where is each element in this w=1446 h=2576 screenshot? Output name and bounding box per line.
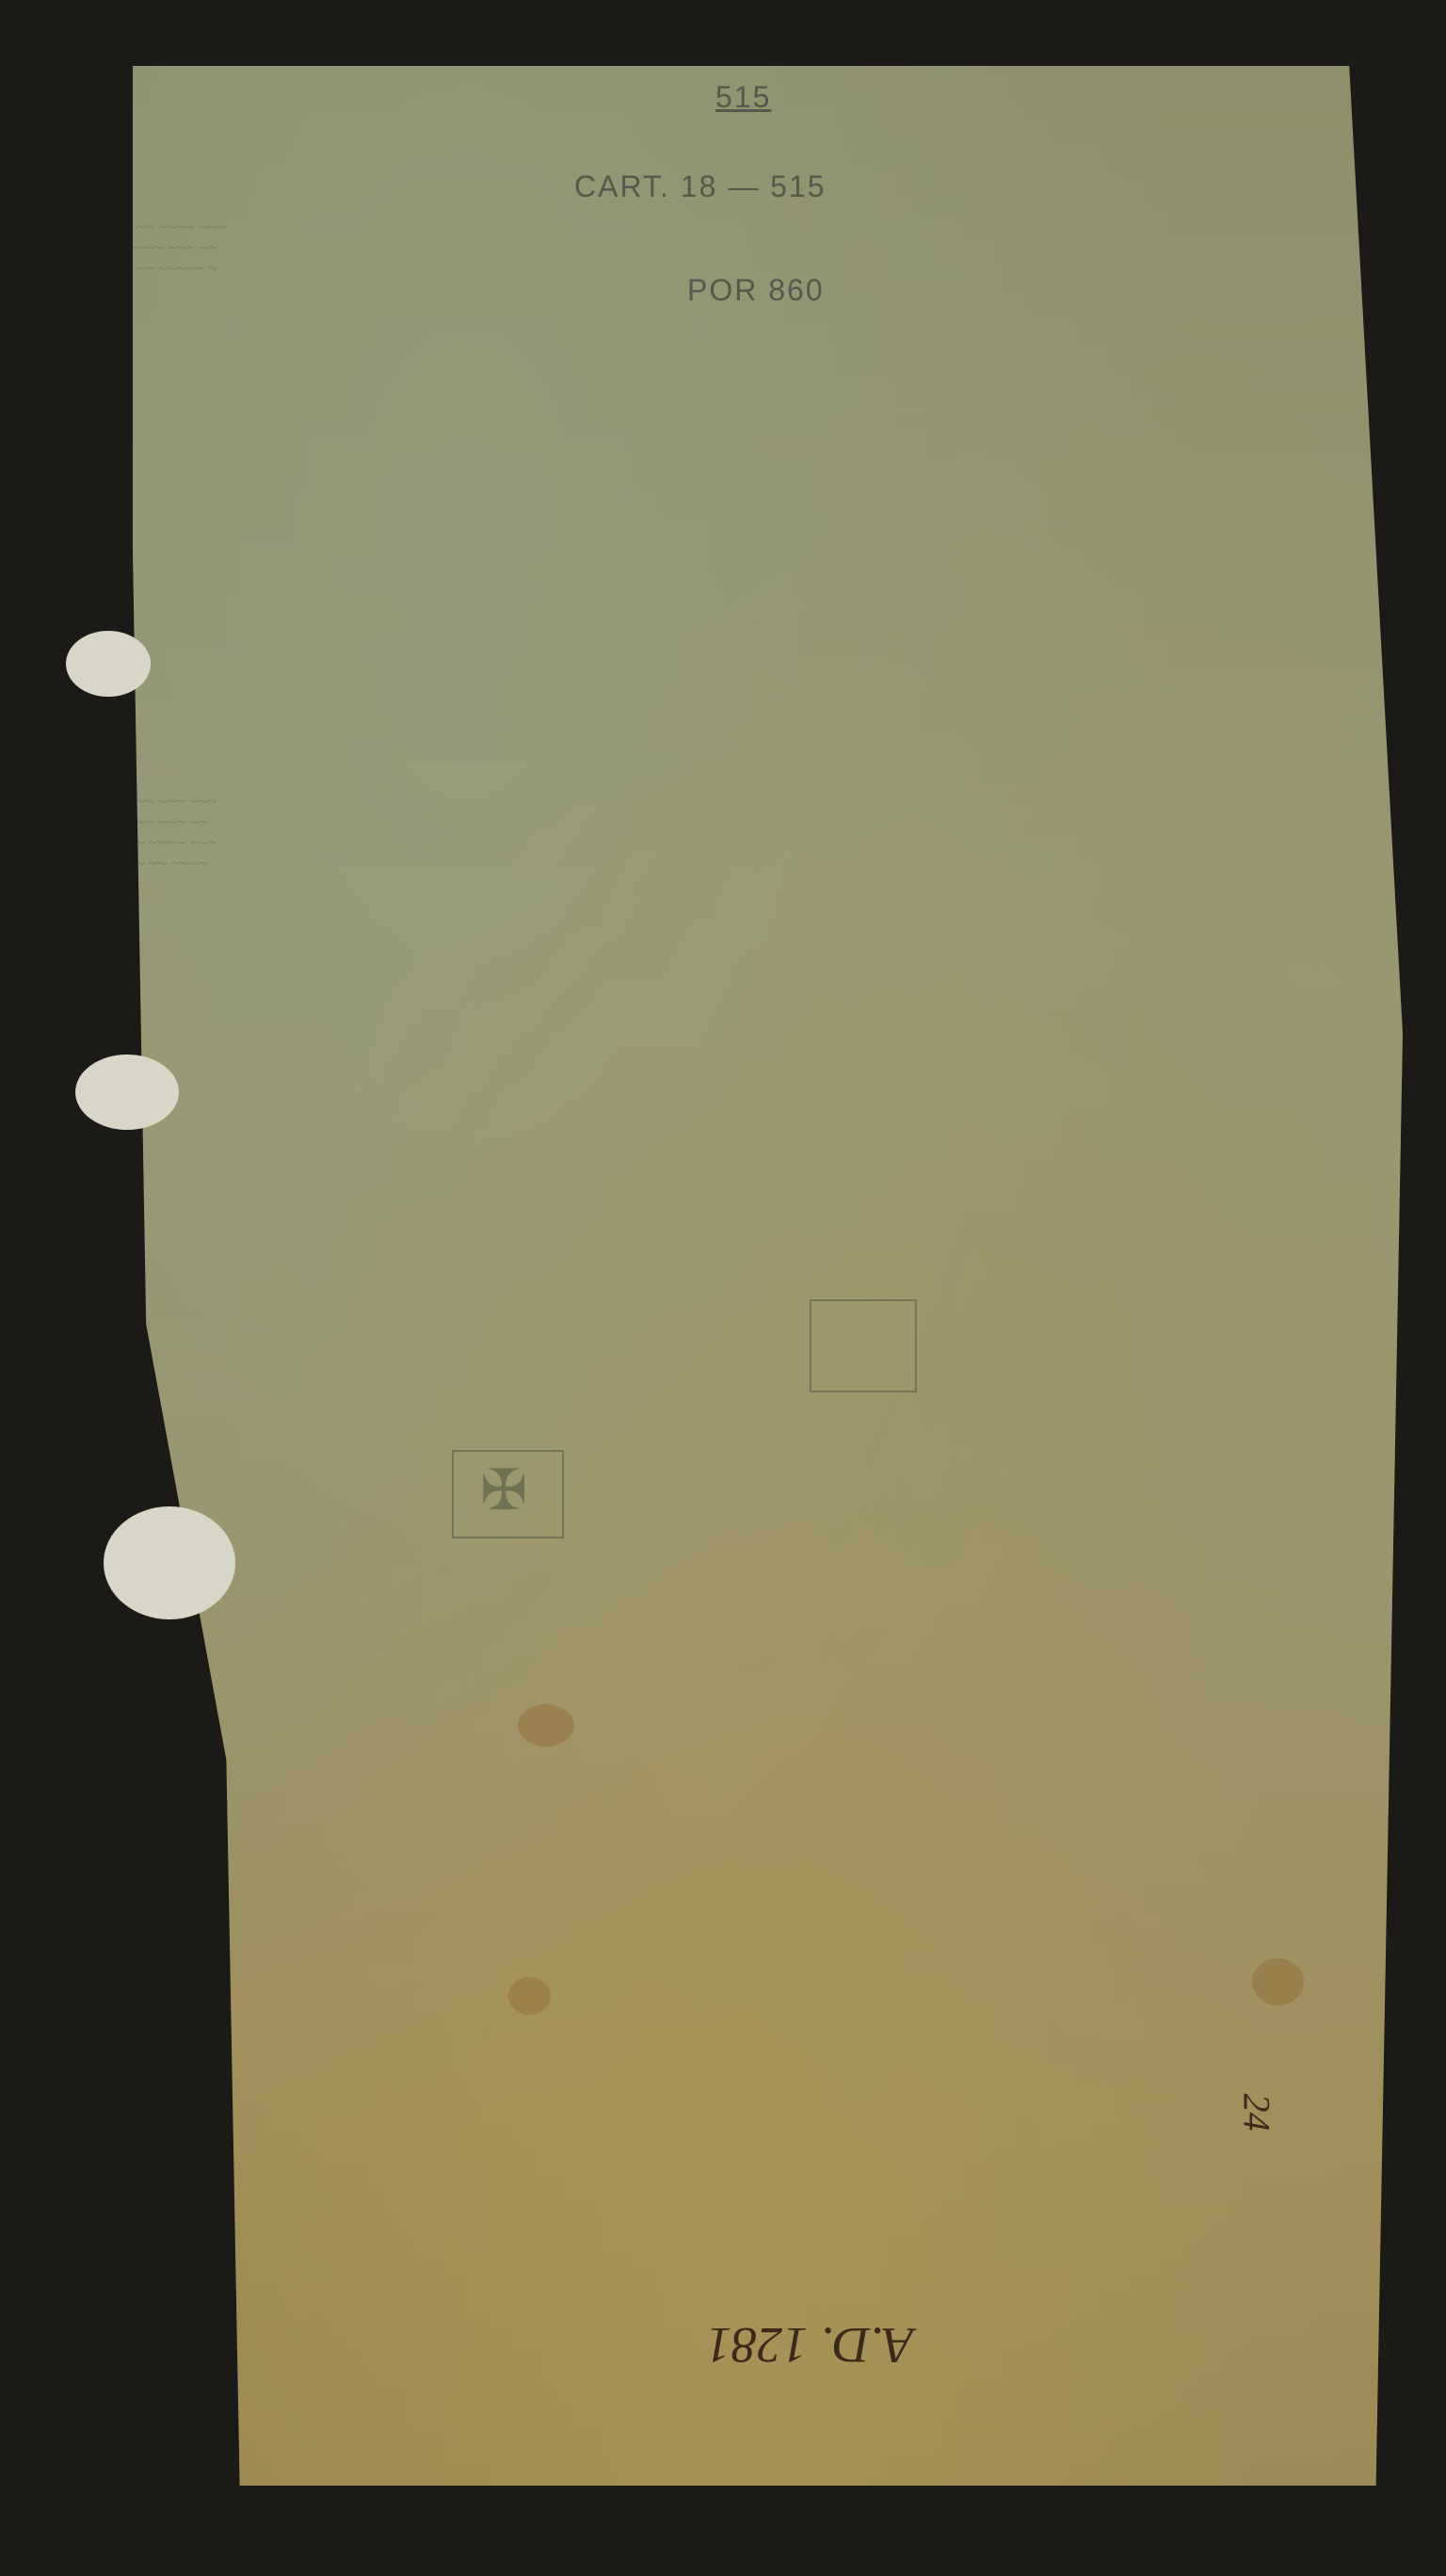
side-number: 24 (1235, 2094, 1279, 2132)
cart-reference: CART. 18 — 515 (574, 169, 827, 204)
faint-text-block: ~~ ~~~~ ~~~ ~~~~~~~ ~~ ~~~ ~~~~ ~~~ ~~~~… (94, 791, 395, 874)
parchment-sheet: 515 CART. 18 — 515 POR 860 ~~~ ~~ ~~~~ ~… (66, 66, 1403, 2486)
faint-text-block: ~~~ ~~ ~~~~ ~~~~~ ~~~~ ~~~ ~~~~~ ~~ ~~~~… (104, 217, 405, 279)
stain (1252, 1958, 1304, 2005)
parchment-hole (75, 1055, 179, 1130)
por-reference: POR 860 (687, 273, 825, 308)
top-number: 515 (715, 80, 771, 115)
framed-square-drawing (810, 1299, 917, 1393)
parchment-hole (104, 1506, 235, 1619)
stain (518, 1704, 574, 1747)
stain (508, 1977, 551, 2015)
cross-sketch-glyph: ✠ (480, 1457, 527, 1523)
date-annotation: A.D. 1281 (706, 2316, 913, 2375)
parchment-hole (66, 631, 151, 697)
